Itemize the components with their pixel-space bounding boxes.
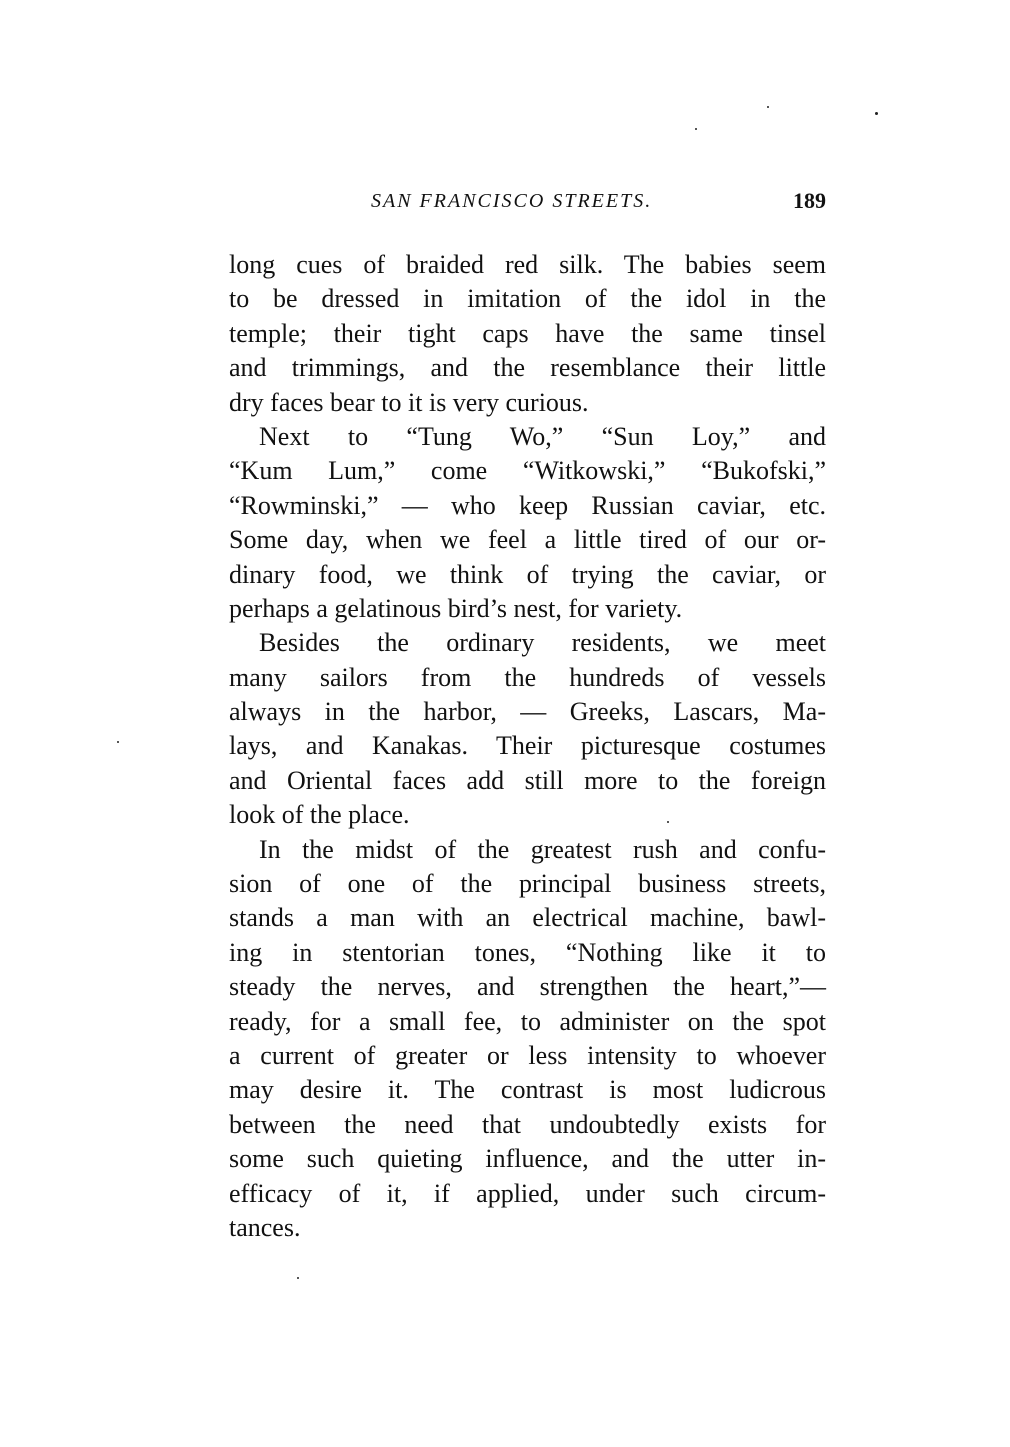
text-line: “Kum Lum,” come “Witkowski,” “Bukofski,” [229,454,826,488]
text-line: between the need that undoubtedly exists… [229,1108,826,1142]
scan-speck [875,112,878,115]
book-page: SAN FRANCISCO STREETS. 189 long cues of … [0,0,1010,1447]
scan-speck [695,128,697,130]
text-line: “Rowminski,” — who keep Russian caviar, … [229,489,826,523]
text-line: may desire it. The contrast is most ludi… [229,1073,826,1107]
text-line: long cues of braided red silk. The babie… [229,248,826,282]
text-line: efficacy of it, if applied, under such c… [229,1177,826,1211]
text-line: In the midst of the greatest rush and co… [229,833,826,867]
text-line: sion of one of the principal business st… [229,867,826,901]
paragraph-3: Besides the ordinary residents, we meet … [229,626,826,832]
paragraph-4: In the midst of the greatest rush and co… [229,833,826,1246]
text-line: perhaps a gelatinous bird’s nest, for va… [229,592,826,626]
text-line: look of the place. [229,798,826,832]
text-line: to be dressed in imitation of the idol i… [229,282,826,316]
paragraph-2: Next to “Tung Wo,” “Sun Loy,” and “Kum L… [229,420,826,626]
text-line: ready, for a small fee, to administer on… [229,1005,826,1039]
scan-speck [767,106,769,108]
text-line: ing in stentorian tones, “Nothing like i… [229,936,826,970]
text-line: Besides the ordinary residents, we meet [229,626,826,660]
text-line: Some day, when we feel a little tired of… [229,523,826,557]
text-line: temple; their tight caps have the same t… [229,317,826,351]
text-line: and trimmings, and the resemblance their… [229,351,826,385]
text-line: many sailors from the hundreds of vessel… [229,661,826,695]
text-line: lays, and Kanakas. Their picturesque cos… [229,729,826,763]
text-line: Next to “Tung Wo,” “Sun Loy,” and [229,420,826,454]
running-head: SAN FRANCISCO STREETS. 189 [229,190,826,220]
text-line: always in the harbor, — Greeks, Lascars,… [229,695,826,729]
text-line: a current of greater or less intensity t… [229,1039,826,1073]
body-text: long cues of braided red silk. The babie… [229,248,826,1245]
text-line: dinary food, we think of trying the cavi… [229,558,826,592]
scan-speck [297,1277,299,1279]
text-line: steady the nerves, and strengthen the he… [229,970,826,1004]
text-line: some such quieting influence, and the ut… [229,1142,826,1176]
text-line: dry faces bear to it is very curious. [229,386,826,420]
scan-speck [667,821,669,823]
paragraph-1: long cues of braided red silk. The babie… [229,248,826,420]
running-title: SAN FRANCISCO STREETS. [371,190,652,213]
text-line: stands a man with an electrical machine,… [229,901,826,935]
text-line: and Oriental faces add still more to the… [229,764,826,798]
scan-speck [117,741,119,743]
text-line: tances. [229,1211,826,1245]
page-number: 189 [793,188,826,214]
